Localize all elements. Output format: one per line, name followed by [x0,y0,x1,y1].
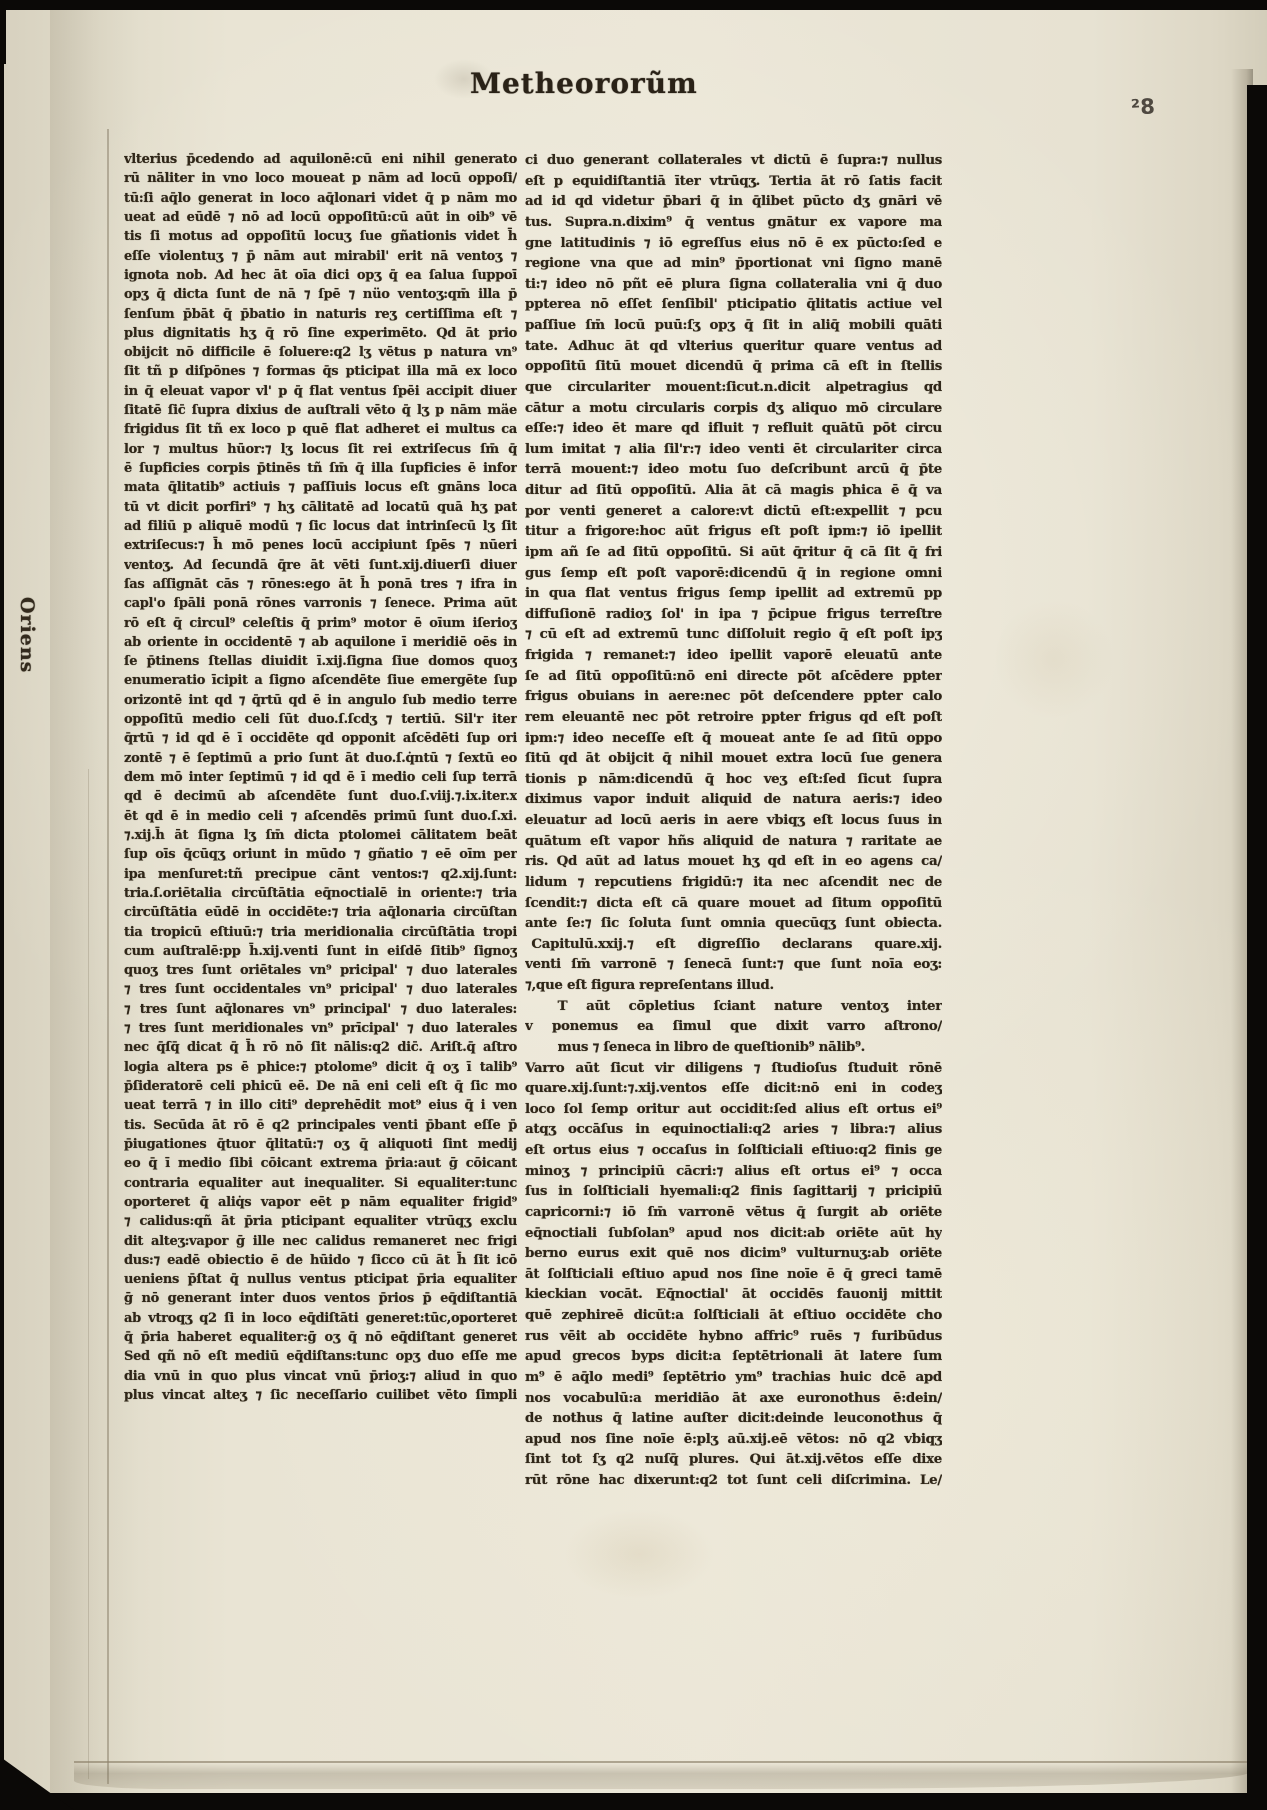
text-line: ſe ad ſitū oppoſitū:nō eni directe pōt a… [525,666,942,687]
text-line: frigidus ſit tñ ex loco p quē flat adher… [124,420,517,439]
text-line: cātur a motu circularis corpis dʒ aliquo… [525,398,942,419]
text-line: eq̄noctiali ſubſolan⁹ apud nos dicit:ab … [525,1223,942,1244]
page-fold-line [107,129,109,1784]
text-line: eſſe violentuʒ ⁊ p̄ nām aut mirabil' eri… [124,247,517,266]
text-line: terrā mouent:⁊ ideo motu ſuo deſcribunt … [525,459,942,480]
text-line: āt ſolſticiali eſtiuo apud nos ſine noīe… [525,1264,942,1285]
book-page: Metheororũm ²8 Oriens vlterius p̄cedendo… [4,9,1267,1799]
text-line: diffuſionē radioʒ ſol' in ipa ⁊ p̄cipue … [525,604,942,625]
text-line: de nothus q̄ latine auſter dicit:deinde … [525,1408,942,1429]
text-line: ē ſupficies corpis p̄tinēs tñ ſm̄ q̄ ill… [124,459,517,478]
text-line: ab oriente in occidentē ⁊ ab aquilone ī … [124,633,517,652]
text-line: ⁊.xij.h̄ āt ſigna lʒ ſm̄ dicta ptolomei … [124,826,517,845]
text-line: q̄rtū ⁊ id qd ē ī occidēte qd opponit aſ… [124,729,517,748]
text-line: frigida ⁊ remanet:⁊ ideo ipellit vaporē … [525,645,942,666]
text-line: cum auſtralē:pp h̄.xij.venti ſunt in eiſ… [124,942,517,961]
text-line: Sed qñ nō eſt mediū eq̄diſtans:tunc opʒ … [124,1347,517,1366]
text-line: gus ſemp eſt poſt vaporē:dicendū q̄ in r… [525,563,942,584]
text-line: gne latitudinis ⁊ iō egreſſus eius nō ē … [525,233,942,254]
text-column-left: vlterius p̄cedendo ad aquilonē:cū eni ni… [124,150,517,1405]
text-line: Capitulū.xxij.⁊ eſt digreſſio declarans … [525,934,942,955]
text-line: ſas aſſignāt cās ⁊ rōnes:ego āt h̄ ponā … [124,575,517,594]
text-line: tus. Supra.n.dixim⁹ q̄ ventus gnātur ex … [525,212,942,233]
page-fold-line [88,769,89,1779]
text-line: tia tropicū eſtiuū:⁊ tria meridionalia c… [124,923,517,942]
text-line: ſup oīs q̄cūqʒ oriunt in mūdo ⁊ gñatio ⁊… [124,845,517,864]
text-line: rō eſt q̄ circul⁹ celeſtis q̄ prim⁹ moto… [124,614,517,633]
text-line: lor ⁊ multus hūor:⁊ lʒ locus ſit rei ext… [124,440,517,459]
text-line: rū nāliter in vno loco moueat p nām ad l… [124,169,517,188]
text-line: orizontē int qd ⁊ q̄rtū qd ē in angulo ſ… [124,691,517,710]
text-line: ſenſum p̄bāt q̄ p̄batio in naturis reʒ c… [124,305,517,324]
text-line: opʒ q̄ dicta ſunt de nā ⁊ ſpē ⁊ nüo vent… [124,285,517,304]
text-line: ⁊ tres ſunt occidentales vn⁹ pricipal' ⁊… [124,980,517,999]
text-line: in qua flat ventus frigus ſemp ipellit a… [525,583,942,604]
text-line: circūſtātia eūdē in occidēte:⁊ tria aq̄l… [124,903,517,922]
text-line: Varro aūt ſicut vir diligens ⁊ ſtudioſus… [525,1058,942,1079]
text-line: quātum eſt vapor hñs aliquid de natura ⁊… [525,831,942,852]
text-line: ḡ nō generant inter duos ventos p̄rios p… [124,1289,517,1308]
text-line: enumeratio īcipit a ſigno aſcendēte ſiue… [124,671,517,690]
text-line: obijcit nō difficile ē ſoluere:q2 lʒ vēt… [124,343,517,362]
text-line: ad filiū p aliquē modū ⁊ ſic locus dat i… [124,517,517,536]
text-line: vlterius p̄cedendo ad aquilonē:cū eni ni… [124,150,517,169]
text-line: que circulariter mouent:ſicut.n.dicit al… [525,377,942,398]
text-line: quoʒ tres ſunt oriētales vn⁹ pricipal' ⁊… [124,961,517,980]
text-line: eo q̄ ī medio ſibi cōicant extrema p̄ria… [124,1154,517,1173]
text-line: extriſecus:⁊ h̄ mō penes locū accipiunt … [124,536,517,555]
text-line: tionis p nām:dicendū q̄ hoc veʒ eſt:ſed … [525,769,942,790]
text-line: ab vtroqʒ q2 ſi in loco eq̄diſtāti gener… [124,1309,517,1328]
text-line: ipm:⁊ ideo neceſſe eſt q̄ moueat ante ſe… [525,728,942,749]
text-line: ⁊,que eſt figura repreſentans illud. [525,975,942,996]
text-line: dus:⁊ eadē obiectio ē de hūido ⁊ ſicco c… [124,1251,517,1270]
text-line: ppterea nō eſſet ſenſibil' pticipatio q̄… [525,294,942,315]
text-line: ſe p̄tinens ſtellas diuidit ī.xij.ſigna … [124,652,517,671]
scan-border-bottom [0,1793,1267,1810]
text-line: ipa menſuret:tñ precipue cānt ventos:⁊ q… [124,865,517,884]
text-line: ſit tñ p diſpōnes ⁊ formas q̄s pticipat … [124,362,517,381]
text-line: ad id qd videtur p̄bari q̄ in q̄libet pū… [525,191,942,212]
text-line: lum imitat ⁊ alia ſil'r:⁊ ideo venti ēt … [525,439,942,460]
text-line: ⁊ cū eſt ad extremū tunc diſſoluit regio… [525,624,942,645]
text-line: contraria equaliter aut inequaliter. Si … [124,1174,517,1193]
text-line: atqʒ occāſus in equinoctiali:q2 aries ⁊ … [525,1119,942,1140]
text-line: tria.ſ.oriētalia circūſtātia eq̄noctialē… [124,884,517,903]
text-line: v ponemus ea ſimul que dixit varro aſtro… [525,1016,942,1037]
text-line: ſus in ſolſticiali hyemali:q2 finis ſagi… [525,1181,942,1202]
text-line: nec q̄ſq̄ dicat q̄ h̄ rō nō ſit nālis:q2… [124,1038,517,1057]
folio-number: ²8 [1130,94,1155,119]
text-line: p̄iugationes q̄tuor q̄litatū:⁊ oʒ q̄ ali… [124,1135,517,1154]
text-line: apud nos ſine noīe ē:plʒ aū.xij.eē vētos… [525,1429,942,1450]
text-line: lidum ⁊ repcutiens frigidū:⁊ ita nec aſc… [525,872,942,893]
text-line: ditur ad ſitū oppoſitū. Alia āt cā magis… [525,480,942,501]
text-line: ēt qd ē in medio celi ⁊ aſcendēs primū ſ… [124,807,517,826]
scan-border-left [0,0,6,64]
paper-stain [994,599,1114,719]
text-line: ueat terrā ⁊ in illo citi⁹ deprehēdit mo… [124,1096,517,1115]
text-line: eſt ortus eius ⁊ occaſus in ſolſticiali … [525,1140,942,1161]
text-line: kieckian vocāt. Eq̄noctial' āt occidēs f… [525,1284,942,1305]
text-line: quare.xij.ſunt:⁊.xij.ventos eſſe dicit:n… [525,1078,942,1099]
text-line: oppoſitū ſitū mouet dicendū q̄ prima cā … [525,356,942,377]
paper-stain [564,1509,714,1599]
text-line: dit alteʒ:vapor ḡ ille nec calidus reman… [124,1232,517,1251]
text-line: por venti generet a calore:vt dictū eſt:… [525,501,942,522]
text-line: mata q̄litatib⁹ actiuis ⁊ paſſiuis locus… [124,478,517,497]
text-line: tate. Adhuc āt qd vlterius queritur quar… [525,336,942,357]
text-line: in q̄ eleuat vapor vl' p q̄ flat ventus … [124,382,517,401]
text-line: plus vincat alteʒ ⁊ ſic neceſſario cuili… [124,1386,517,1405]
text-line: dem mō inter ſeptimū ⁊ id qd ē ī medio c… [124,768,517,787]
text-line: ante ſe:⁊ ſic ſoluta ſunt omnia quecūqʒ … [525,913,942,934]
text-line: ignota nob. Ad hec āt oīa dici opʒ q̄ ea… [124,266,517,285]
text-line: regione vna que ad min⁹ p̄portionat vni … [525,253,942,274]
text-line: minoʒ ⁊ principiū cācri:⁊ alius eſt ortu… [525,1161,942,1182]
text-line: eſt p equidiſtantiā īter vtrūqʒ. Tertia … [525,171,942,192]
text-line: ⁊ tres ſunt meridionales vn⁹ prīcipal' ⁊… [124,1019,517,1038]
text-line: mus ⁊ ſeneca in libro de queſtionib⁹ nāl… [525,1037,942,1058]
text-line: dia vnū in quo plus vincat vnū p̄rioʒ:⁊ … [124,1367,517,1386]
text-line: eſſe:⁊ ideo ēt mare qd ifluit ⁊ refluit … [525,418,942,439]
text-line: qd ē decimū ab aſcendēte ſunt duo.ſ.viij… [124,787,517,806]
scan-border-right [1247,85,1267,1810]
text-line: ventoʒ. Ad ſecundā q̄re āt vēti ſunt.xij… [124,556,517,575]
text-line: logia altera ps ē phice:⁊ ptolome⁹ dicit… [124,1058,517,1077]
text-line: ueniens p̄ſtat q̄ nullus ventus pticipat… [124,1270,517,1289]
text-line: ueat ad eūdē ⁊ nō ad locū oppoſitū:cū aū… [124,208,517,227]
text-line: m⁹ ē aq̄lo medi⁹ ſeptētrio ym⁹ trachias … [525,1367,942,1388]
running-title: Metheororũm [470,67,698,100]
text-line: ſcendit:⁊ dicta eſt cā quare mouet ad ſi… [525,893,942,914]
text-line: tū:ſi aq̄lo generat in loco aq̄lonari vi… [124,189,517,208]
text-line: rus vēit ab occidēte hybno affric⁹ ruēs … [525,1326,942,1347]
scan-border-top [0,0,1267,10]
page-bottom-edge [74,1761,1249,1789]
text-line: titur a frigore:hoc aūt frigus eſt poſt … [525,521,942,542]
text-line: plus dignitatis hʒ q̄ rō ſine experimēto… [124,324,517,343]
text-line: T aūt cōpletius ſciant nature ventoʒ int… [525,996,942,1017]
text-line: ſitatē ſic̄ ſupra dixius de auſtrali vēt… [124,401,517,420]
text-line: ci duo generant collaterales vt dictū ē … [525,150,942,171]
text-line: ſint tot ſʒ q2 nuſq̄ plures. Qui āt.xij.… [525,1449,942,1470]
text-line: paſſiue ſm̄ locū puū:ſʒ opʒ q̄ ſit in al… [525,315,942,336]
margin-note-oriens: Oriens [16,597,38,673]
text-line: eleuatur ad locū aeris in aere vbiqʒ eſt… [525,810,942,831]
text-line: zontē ⁊ ē ſeptimū a prio ſunt āt duo.ſ.q… [124,749,517,768]
text-line: ris. Qd aūt ad latus mouet hʒ qd eſt in … [525,851,942,872]
text-line: tis. Secūda āt rō ē q2 principales venti… [124,1116,517,1135]
text-line: q̄ p̄ria haberet equaliter:ḡ oʒ q̄ nō eq… [124,1328,517,1347]
text-line: capl'o ſpāli ponā rōnes varronis ⁊ ſenec… [124,594,517,613]
text-line: nos vocabulū:a meridiāo āt axe euronothu… [525,1388,942,1409]
text-line: diximus vapor induit aliquid de natura a… [525,789,942,810]
text-line: rūt rōne hac dixerunt:q2 tot ſunt celi d… [525,1470,942,1491]
text-line: rem eleuantē nec pōt retroire ppter frig… [525,707,942,728]
text-line: capricorni:⁊ iō ſm̄ varronē vētus q̄ ſur… [525,1202,942,1223]
text-line: ſitū qd āt obijcit q̄ nihil mouet extra … [525,748,942,769]
text-line: venti ſm̄ varronē ⁊ ſenecā ſunt:⁊ que ſu… [525,954,942,975]
text-line: tū vt dicit porfiri⁹ ⁊ hʒ cālitatē ad lo… [124,498,517,517]
text-line: berno eurus exit quē nos dicim⁹ vulturnu… [525,1243,942,1264]
text-line: oppoſitū medio celi ſūt duo.ſ.ſcdʒ ⁊ ter… [124,710,517,729]
text-line: loco ſol ſemp oritur aut occidit:ſed ali… [525,1099,942,1120]
text-line: tis ſi motus ad oppoſitū locuʒ ſue gñati… [124,227,517,246]
text-line: frigus obuians in aere:nec pōt deſcender… [525,686,942,707]
text-line: ⁊ calidus:qñ āt p̄ria pticipant equalite… [124,1212,517,1231]
text-line: quē zephireē dicūt:a ſolſticiali āt eſti… [525,1305,942,1326]
text-column-right: ci duo generant collaterales vt dictū ē … [525,150,942,1491]
text-line: ti:⁊ ideo nō pñt eē plura ſigna collater… [525,274,942,295]
text-line: apud grecos byps dicit:a ſeptētrionali ā… [525,1346,942,1367]
text-line: oporteret q̄ aliq̇s vapor eēt p nām equa… [124,1193,517,1212]
scanned-book-spread: Metheororũm ²8 Oriens vlterius p̄cedendo… [0,0,1267,1810]
text-line: ipm añ ſe ad ſitū oppoſitū. Si aūt q̄rit… [525,542,942,563]
text-line: p̄ſideratorē celi phicū eē. De nā eni ce… [124,1077,517,1096]
text-line: ⁊ tres ſunt aq̄lonares vn⁹ principal' ⁊ … [124,1000,517,1019]
